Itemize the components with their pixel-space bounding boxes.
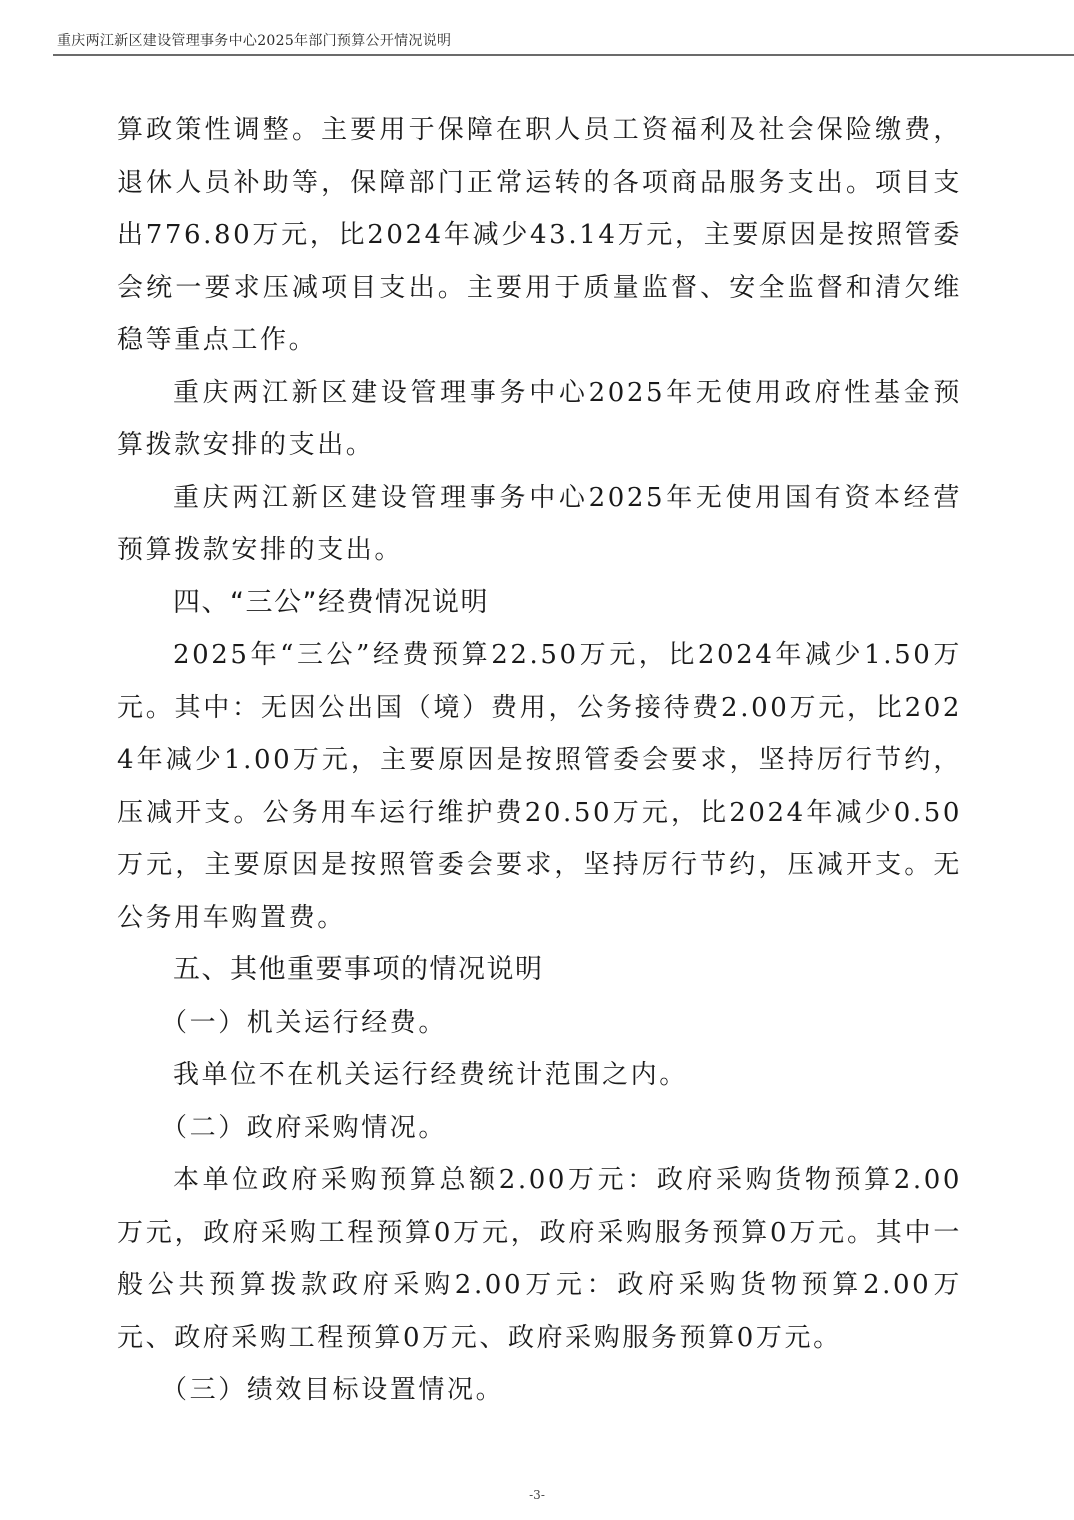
subheading-performance-targets: （三）绩效目标设置情况。 xyxy=(117,1364,962,1417)
header-title: 重庆两江新区建设管理事务中心2025年部门预算公开情况说明 xyxy=(57,30,451,50)
paragraph-operating-expenses: 我单位不在机关运行经费统计范围之内。 xyxy=(117,1049,962,1102)
page-number: -3- xyxy=(0,1488,1074,1502)
document-body: 算政策性调整。主要用于保障在职人员工资福利及社会保险缴费，退休人员补助等，保障部… xyxy=(117,104,962,1417)
paragraph-state-capital: 重庆两江新区建设管理事务中心2025年无使用国有资本经营预算拨款安排的支出。 xyxy=(117,472,962,577)
paragraph-project-expenditure: 算政策性调整。主要用于保障在职人员工资福利及社会保险缴费，退休人员补助等，保障部… xyxy=(117,104,962,367)
page-header: 重庆两江新区建设管理事务中心2025年部门预算公开情况说明 xyxy=(53,26,1074,56)
subheading-operating-expenses: （一）机关运行经费。 xyxy=(117,997,962,1050)
paragraph-three-public-expenses: 2025年“三公”经费预算22.50万元，比2024年减少1.50万元。其中：无… xyxy=(117,629,962,944)
paragraph-government-fund: 重庆两江新区建设管理事务中心2025年无使用政府性基金预算拨款安排的支出。 xyxy=(117,367,962,472)
section-heading-other-matters: 五、其他重要事项的情况说明 xyxy=(117,944,962,997)
subheading-government-procurement: （二）政府采购情况。 xyxy=(117,1102,962,1155)
paragraph-government-procurement: 本单位政府采购预算总额2.00万元：政府采购货物预算2.00万元，政府采购工程预… xyxy=(117,1154,962,1364)
section-heading-three-public: 四、“三公”经费情况说明 xyxy=(117,577,962,630)
